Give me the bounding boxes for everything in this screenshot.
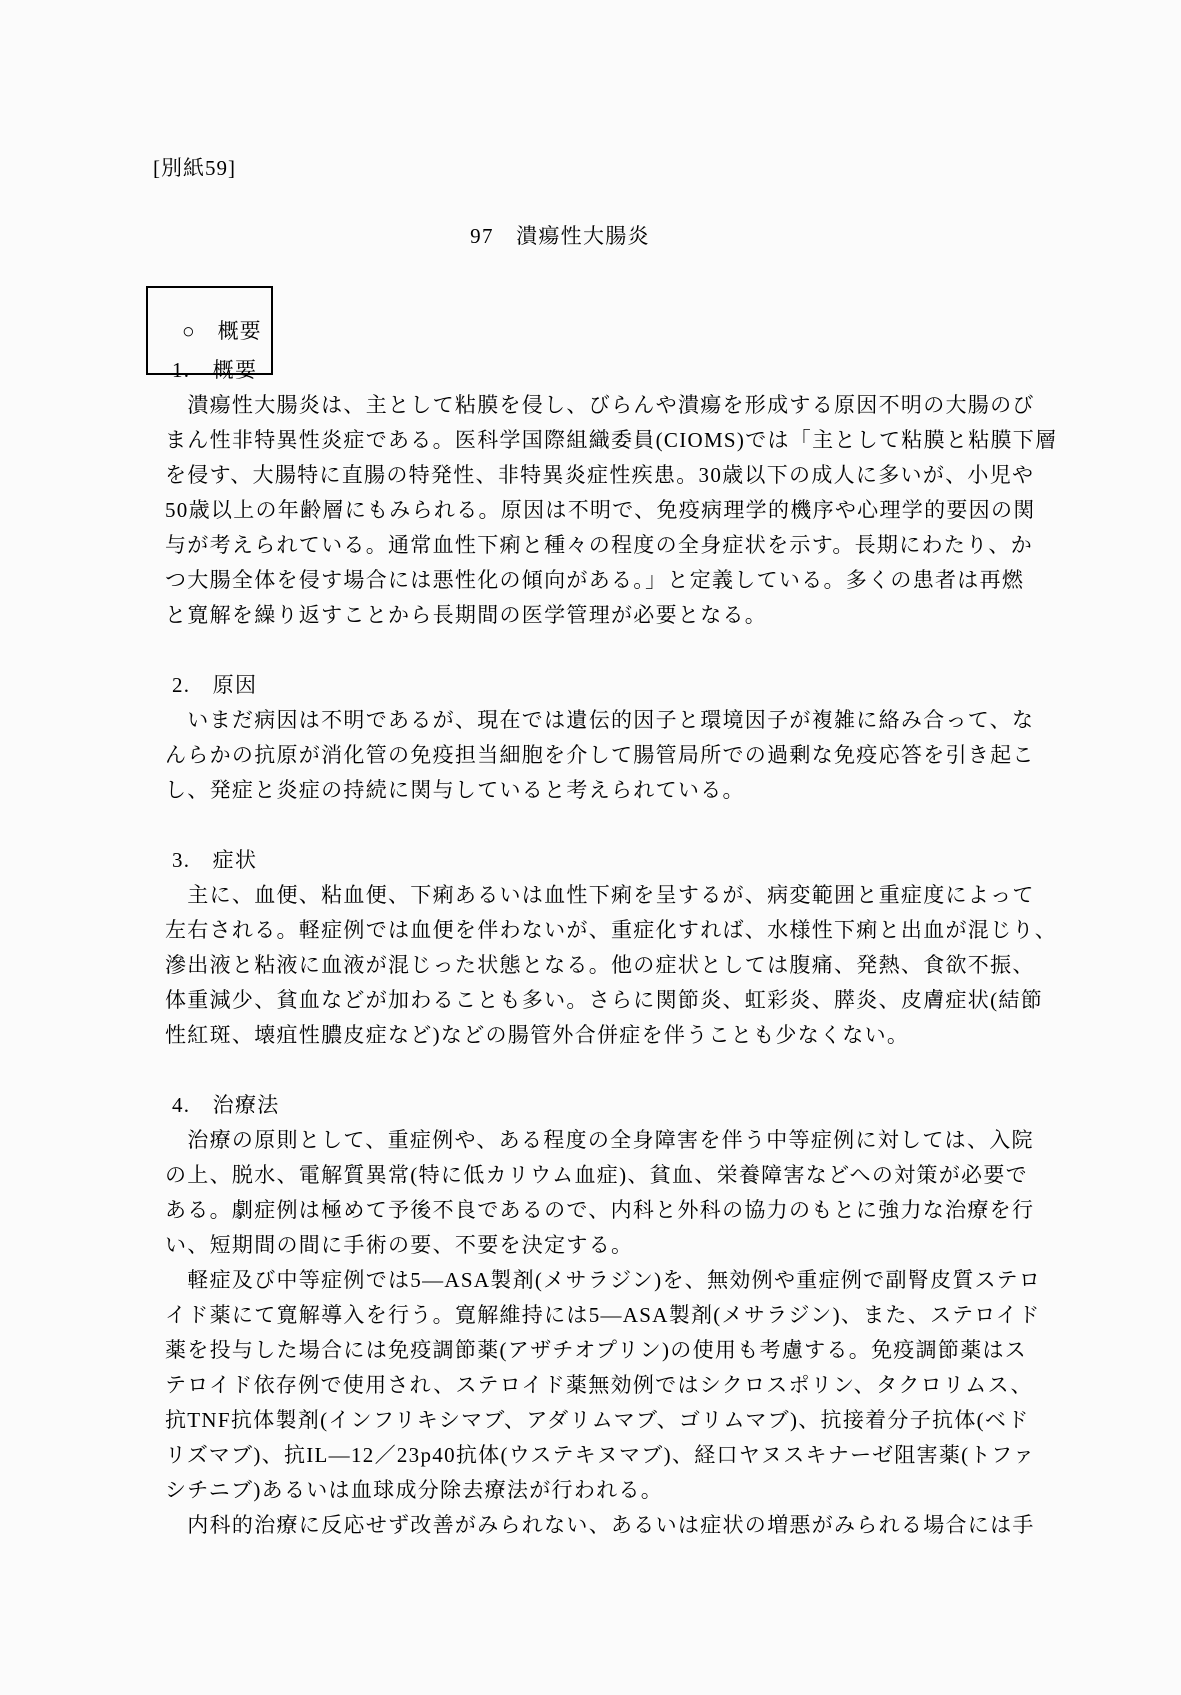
text-line: 抗TNF抗体製剤(インフリキシマブ、アダリムマブ、ゴリムマブ)、抗接着分子抗体(… [165,1403,1037,1438]
section-4: 4. 治療法 治療の原則として、重症例や、ある程度の全身障害を伴う中等症例に対し… [165,1088,1037,1543]
section-heading: 3. 症状 [165,843,1037,878]
section-2: 2. 原因 いまだ病因は不明であるが、現在では遺伝的因子と環境因子が複雑に絡み合… [165,668,1037,808]
document-body: 1. 概要 潰瘍性大腸炎は、主として粘膜を侵し、びらんや潰瘍を形成する原因不明の… [165,353,1037,1543]
text-line: いまだ病因は不明であるが、現在では遺伝的因子と環境因子が複雑に絡み合って、な [165,703,1037,738]
text-line: イド薬にて寛解導入を行う。寛解維持には5―ASA製剤(メサラジン)、また、ステロ… [165,1298,1037,1333]
text-line: シチニブ)あるいは血球成分除去療法が行われる。 [165,1473,1037,1508]
text-line: 潰瘍性大腸炎は、主として粘膜を侵し、びらんや潰瘍を形成する原因不明の大腸のび [165,388,1037,423]
text-line: リズマブ)、抗IL―12／23p40抗体(ウステキヌマブ)、経口ヤヌスキナーゼ阻… [165,1438,1037,1473]
text-line: 左右される。軽症例では血便を伴わないが、重症化すれば、水様性下痢と出血が混じり、 [165,913,1037,948]
text-line: 性紅斑、壊疽性膿皮症など)などの腸管外合併症を伴うことも少なくない。 [165,1018,1037,1053]
text-line: テロイド依存例で使用され、ステロイド薬無効例ではシクロスポリン、タクロリムス、 [165,1368,1037,1403]
section-heading: 1. 概要 [165,353,1037,388]
text-line: 体重減少、貧血などが加わることも多い。さらに関節炎、虹彩炎、膵炎、皮膚症状(結節 [165,983,1037,1018]
text-line: 50歳以上の年齢層にもみられる。原因は不明で、免疫病理学的機序や心理学的要因の関 [165,493,1037,528]
document-page: [別紙59] 97 潰瘍性大腸炎 ○ 概要 1. 概要 潰瘍性大腸炎は、主として… [0,0,1181,1695]
section-1: 1. 概要 潰瘍性大腸炎は、主として粘膜を侵し、びらんや潰瘍を形成する原因不明の… [165,353,1037,633]
text-line: まん性非特異性炎症である。医科学国際組織委員(CIOMS)では「主として粘膜と粘… [165,423,1037,458]
text-line: ある。劇症例は極めて予後不良であるので、内科と外科の協力のもとに強力な治療を行 [165,1193,1037,1228]
text-line: い、短期間の間に手術の要、不要を決定する。 [165,1228,1037,1263]
text-line: んらかの抗原が消化管の免疫担当細胞を介して腸管局所での過剰な免疫応答を引き起こ [165,738,1037,773]
text-line: の上、脱水、電解質異常(特に低カリウム血症)、貧血、栄養障害などへの対策が必要で [165,1158,1037,1193]
text-line: 軽症及び中等症例では5―ASA製剤(メサラジン)を、無効例や重症例で副腎皮質ステ… [165,1263,1037,1298]
text-line: し、発症と炎症の持続に関与していると考えられている。 [165,773,1037,808]
text-line: つ大腸全体を侵す場合には悪性化の傾向がある。」と定義している。多くの患者は再燃 [165,563,1037,598]
section-heading: 2. 原因 [165,668,1037,703]
overview-box-label: ○ 概要 [182,319,262,343]
section-heading: 4. 治療法 [165,1088,1037,1123]
attachment-number-label: [別紙59] [153,152,236,182]
section-3: 3. 症状 主に、血便、粘血便、下痢あるいは血性下痢を呈するが、病変範囲と重症度… [165,843,1037,1053]
text-line: 薬を投与した場合には免疫調節薬(アザチオプリン)の使用も考慮する。免疫調節薬はス [165,1333,1037,1368]
text-line: 主に、血便、粘血便、下痢あるいは血性下痢を呈するが、病変範囲と重症度によって [165,878,1037,913]
text-line: 治療の原則として、重症例や、ある程度の全身障害を伴う中等症例に対しては、入院 [165,1123,1037,1158]
text-line: を侵す、大腸特に直腸の特発性、非特異炎症性疾患。30歳以下の成人に多いが、小児や [165,458,1037,493]
text-line: 与が考えられている。通常血性下痢と種々の程度の全身症状を示す。長期にわたり、か [165,528,1037,563]
text-line: 滲出液と粘液に血液が混じった状態となる。他の症状としては腹痛、発熱、食欲不振、 [165,948,1037,983]
document-title: 97 潰瘍性大腸炎 [0,220,1120,250]
text-line: と寛解を繰り返すことから長期間の医学管理が必要となる。 [165,598,1037,633]
text-line: 内科的治療に反応せず改善がみられない、あるいは症状の増悪がみられる場合には手 [165,1508,1037,1543]
